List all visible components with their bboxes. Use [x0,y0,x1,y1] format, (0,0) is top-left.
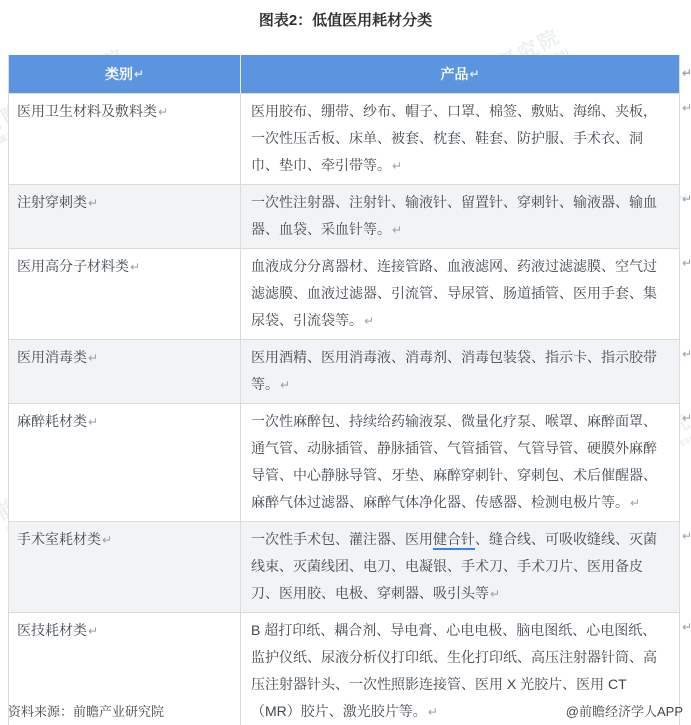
paragraph-mark-icon: ↵ [364,314,374,328]
products-cell: 一次性麻醉包、持续给药输液泵、微量化疗泵、喉罩、麻醉面罩、通气管、动脉插管、静脉… [240,404,679,521]
table-row: 注射穿刺类↵ 一次性注射器、注射针、输液针、留置针、穿刺针、输液器、输血器、血袋… [9,184,679,248]
document-page: 前瞻产业研究院中国产业咨询领导者(股票代码:839599) 前瞻产业研究院中国产… [0,0,691,725]
products-cell: 一次性手术包、灌注器、医用健合针、缝合线、可吸收缝线、灭菌线束、灭菌线团、电刀、… [240,522,679,612]
products-cell: 一次性注射器、注射针、输液针、留置针、穿刺针、输液器、输血器、血袋、采血针等。↵ [240,185,679,248]
header-cell-category: 类别↵ [9,55,240,93]
table-row: 麻醉耗材类↵ 一次性麻醉包、持续给药输液泵、微量化疗泵、喉罩、麻醉面罩、通气管、… [9,403,679,521]
paragraph-mark-icon: ↵ [88,624,98,638]
paragraph-mark-icon: ↵ [392,223,402,237]
paragraph-mark-icon: ↵ [490,587,500,601]
row-end-mark-icon: ↵ [682,412,691,424]
classification-table: 类别↵ 产品↵ ↵ 医用卫生材料及敷料类↵ 医用胶布、绷带、纱布、帽子、口罩、棉… [8,55,680,725]
products-text: 一次性注射器、注射针、输液针、留置针、穿刺针、输液器、输血器、血袋、采血针等。 [251,194,657,237]
header-cell-product: 产品↵ [240,55,679,93]
category-cell: 医用卫生材料及敷料类↵ [9,94,240,184]
table-row: 医用卫生材料及敷料类↵ 医用胶布、绷带、纱布、帽子、口罩、棉签、敷贴、海绵、夹板… [9,93,679,184]
category-label: 手术室耗材类 [17,531,101,547]
products-text: 医用胶布、绷带、纱布、帽子、口罩、棉签、敷贴、海绵、夹板，一次性压舌板、床单、被… [251,103,657,173]
category-cell: 医用消毒类↵ [9,340,240,403]
table-header-row: 类别↵ 产品↵ ↵ [9,55,679,93]
category-label: 医技耗材类 [17,622,87,638]
paragraph-mark-icon: ↵ [630,496,640,510]
paragraph-mark-icon: ↵ [88,351,98,365]
paragraph-mark-icon: ↵ [102,533,112,547]
footer: 资料来源：前瞻产业研究院 @前瞻经济学人APP [8,701,683,720]
paragraph-mark-icon: ↵ [130,260,140,274]
row-end-mark-icon: ↵ [682,67,691,79]
row-end-mark-icon: ↵ [682,102,691,114]
row-end-mark-icon: ↵ [682,621,691,633]
paragraph-mark-icon: ↵ [134,67,144,81]
products-text: 一次性麻醉包、持续给药输液泵、微量化疗泵、喉罩、麻醉面罩、通气管、动脉插管、静脉… [251,413,657,510]
category-cell: 麻醉耗材类↵ [9,404,240,521]
paragraph-mark-icon: ↵ [88,415,98,429]
category-label: 医用消毒类 [17,349,87,365]
products-text: 血液成分分离器材、连接管路、血液滤网、药液过滤滤膜、空气过滤滤膜、血液过滤器、引… [251,258,657,328]
paragraph-mark-icon: ↵ [392,159,402,173]
products-cell: 医用酒精、医用消毒液、消毒剂、消毒包装袋、指示卡、指示胶带等。↵ [240,340,679,403]
products-cell: 医用胶布、绷带、纱布、帽子、口罩、棉签、敷贴、海绵、夹板，一次性压舌板、床单、被… [240,94,679,184]
row-end-mark-icon: ↵ [682,348,691,360]
credit-note: @前瞻经济学人APP [566,701,683,720]
category-label: 麻醉耗材类 [17,413,87,429]
table-row: 手术室耗材类↵ 一次性手术包、灌注器、医用健合针、缝合线、可吸收缝线、灭菌线束、… [9,521,679,612]
category-label: 注射穿刺类 [17,194,87,210]
category-cell: 注射穿刺类↵ [9,185,240,248]
paragraph-mark-icon: ↵ [158,105,168,119]
category-cell: 手术室耗材类↵ [9,522,240,612]
paragraph-mark-icon: ↵ [280,378,290,392]
category-cell: 医用高分子材料类↵ [9,249,240,339]
products-text: 一次性手术包、灌注器、医用 [251,531,433,547]
products-text: 医用酒精、医用消毒液、消毒剂、消毒包装袋、指示卡、指示胶带等。 [251,349,657,392]
paragraph-mark-icon: ↵ [88,196,98,210]
source-note: 资料来源：前瞻产业研究院 [8,701,164,720]
row-end-mark-icon: ↵ [682,193,691,205]
table-row: 医用高分子材料类↵ 血液成分分离器材、连接管路、血液滤网、药液过滤滤膜、空气过滤… [9,248,679,339]
spellcheck-underlined-text: 健合针 [433,531,475,550]
row-end-mark-icon: ↵ [682,530,691,542]
paragraph-mark-icon: ↵ [469,67,479,81]
products-cell: 血液成分分离器材、连接管路、血液滤网、药液过滤滤膜、空气过滤滤膜、血液过滤器、引… [240,249,679,339]
page-title: 图表2：低值医用耗材分类 [0,9,691,30]
table-row: 医用消毒类↵ 医用酒精、医用消毒液、消毒剂、消毒包装袋、指示卡、指示胶带等。↵ … [9,339,679,403]
row-end-mark-icon: ↵ [682,257,691,269]
header-product-label: 产品 [440,64,468,84]
category-label: 医用卫生材料及敷料类 [17,103,157,119]
header-category-label: 类别 [105,64,133,84]
category-label: 医用高分子材料类 [17,258,129,274]
